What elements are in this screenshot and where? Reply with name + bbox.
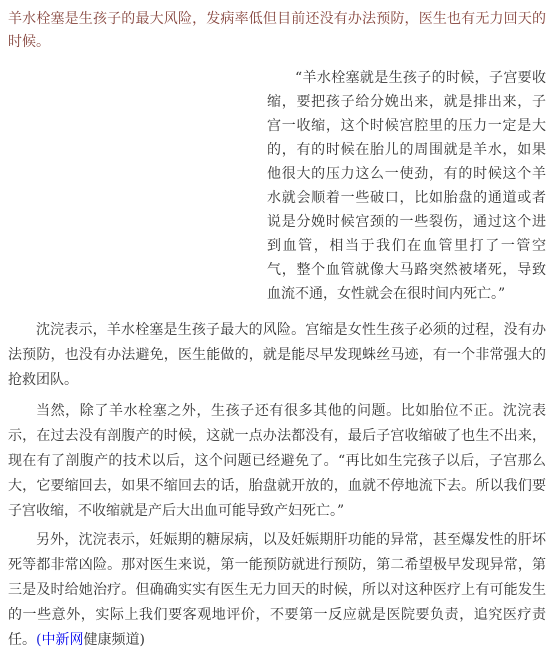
article-page: 羊水栓塞是生孩子的最大风险，发病率低但目前还没有办法预防，医生也有无力回天的时候… — [0, 0, 554, 670]
paragraph-pregnancy-text: 另外，沈浣表示，妊娠期的糖尿病，以及妊娠期肝功能的异常，甚至爆发性的肝坏死等都非… — [8, 532, 546, 648]
quote-section: “羊水栓塞就是生孩子的时候，子宫要收缩，要把孩子给分娩出来，就是排出来，子宫一收… — [8, 66, 546, 306]
source-link-chinanews[interactable]: 中新网 — [41, 632, 83, 648]
paragraph-other-problems: 当然，除了羊水栓塞之外，生孩子还有很多其他的问题。比如胎位不正。沈浣表示，在过去… — [8, 399, 546, 524]
paragraph-pregnancy-complications: 另外，沈浣表示，妊娠期的糖尿病，以及妊娠期肝功能的异常，甚至爆发性的肝坏死等都非… — [8, 528, 546, 653]
lead-paragraph: 羊水栓塞是生孩子的最大风险，发病率低但目前还没有办法预防，医生也有无力回天的时候… — [8, 8, 546, 54]
missing-image-placeholder — [8, 66, 267, 308]
paragraph-amniotic-risk: 沈浣表示，羊水栓塞是生孩子最大的风险。宫缩是女性生孩子必须的过程，没有办法预防，… — [8, 318, 546, 393]
source-channel-label: 健康频道) — [83, 632, 144, 648]
